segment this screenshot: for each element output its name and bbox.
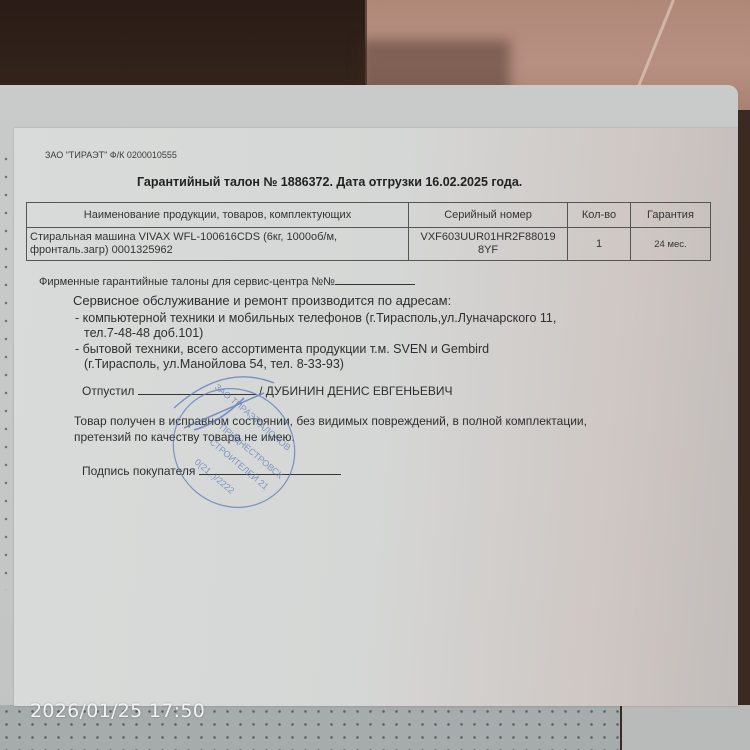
buyer-signature-label: Подпись покупателя: [82, 464, 195, 478]
firm-coupons-line: Фирменные гарантийные талоны для сервис-…: [39, 274, 415, 288]
cell-serial: VXF603UUR01HR2F88019 8YF: [409, 228, 568, 261]
service-heading: Сервисное обслуживание и ремонт производ…: [73, 293, 451, 308]
photo-timestamp: 2026/01/25 17:50: [30, 700, 205, 722]
product-table: Наименование продукции, товаров, комплек…: [26, 202, 711, 261]
firm-coupons-label: Фирменные гарантийные талоны для сервис-…: [39, 276, 335, 288]
service-item-appliances-address: (г.Тирасполь, ул.Манойлова 54, тел. 8-33…: [84, 357, 344, 371]
header-serial: Серийный номер: [409, 203, 568, 228]
released-by-name: / ДУБИНИН ДЕНИС ЕВГЕНЬЕВИЧ: [259, 384, 452, 398]
header-product: Наименование продукции, товаров, комплек…: [27, 203, 409, 228]
cell-warranty: 24 мес.: [630, 228, 710, 261]
table-header-row: Наименование продукции, товаров, комплек…: [27, 203, 711, 228]
service-item-computers-phone: тел.7-48-48 доб.101): [84, 326, 203, 340]
service-item-appliances: - бытовой техники, всего ассортимента пр…: [75, 342, 489, 356]
product-name-line2: фронталь.загр) 0001325962: [30, 244, 405, 257]
released-signature-blank: [138, 384, 256, 395]
service-item-computers: - компьютерной техники и мобильных телеф…: [75, 311, 556, 325]
serial-line1: VXF603UUR01HR2F88019: [412, 231, 564, 244]
header-warranty: Гарантия: [630, 203, 710, 228]
cell-product: Стиральная машина VIVAX WFL-100616CDS (6…: [27, 228, 409, 261]
company-header: ЗАО "ТИРАЭТ" Ф/К 0200010555: [45, 150, 177, 160]
paper-edge: [620, 705, 750, 750]
warranty-coupon: ЗАО "ТИРАЭТ" Ф/К 0200010555 Гарантийный …: [14, 128, 738, 706]
goods-statement-line2: претензий по качеству товара не имею.: [74, 430, 295, 444]
buyer-signature-line: Подпись покупателя: [82, 464, 341, 478]
product-name-line1: Стиральная машина VIVAX WFL-100616CDS (6…: [30, 231, 405, 244]
header-qty: Кол-во: [568, 203, 631, 228]
cell-qty: 1: [568, 228, 631, 261]
released-label: Отпустил: [82, 384, 134, 398]
released-by-line: Отпустил / ДУБИНИН ДЕНИС ЕВГЕНЬЕВИЧ: [82, 384, 453, 398]
table-row: Стиральная машина VIVAX WFL-100616CDS (6…: [27, 228, 711, 261]
serial-line2: 8YF: [412, 244, 564, 257]
buyer-signature-blank: [199, 464, 341, 475]
document-title: Гарантийный талон № 1886372. Дата отгруз…: [137, 175, 522, 189]
firm-coupons-blank: [335, 274, 415, 285]
goods-statement-line1: Товар получен в исправном состоянии, без…: [74, 414, 587, 428]
